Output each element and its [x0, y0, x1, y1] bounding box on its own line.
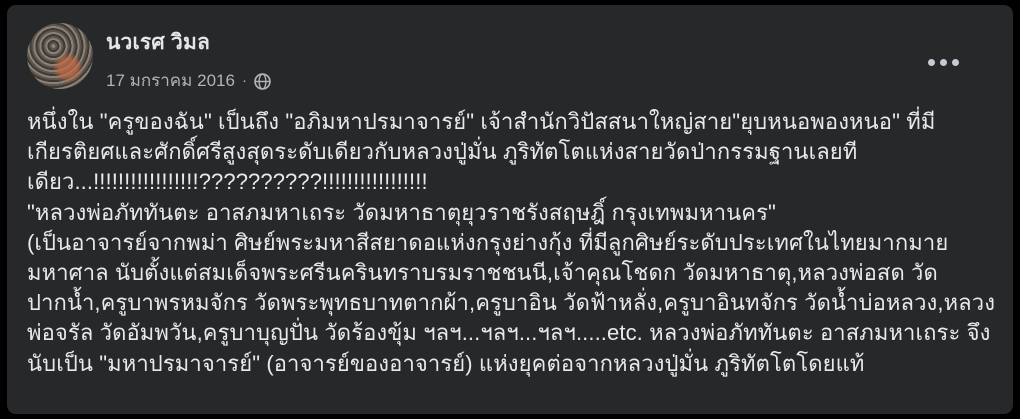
author-name[interactable]: นวเรศ วิมล	[106, 26, 271, 59]
ellipsis-icon	[952, 59, 959, 66]
post-text-line: เกียรติยศและศักดิ์ศรีสูงสุดระดับเดียวกับ…	[27, 137, 993, 167]
post-header-text: นวเรศ วิมล 17 มกราคม 2016 ·	[106, 20, 271, 94]
post-text-line: มหาศาล นับตั้งแต่สมเด็จพระศรีนครินทราบรม…	[27, 258, 993, 288]
post-text-line: เดียว...!!!!!!!!!!!!!!!!!??????????!!!!!…	[27, 167, 993, 197]
post-text-line: พ่อจรัล วัดอัมพวัน,ครูบาบุญปั่น วัดร้องข…	[27, 318, 993, 348]
post-text-line: ปากน้ำ,ครูบาพรหมจักร วัดพระพุทธบาทตากผ้า…	[27, 288, 993, 318]
post-meta: 17 มกราคม 2016 ·	[106, 67, 271, 94]
post-text-line: "หลวงพ่อภัททันตะ อาสภมหาเถระ วัดมหาธาตุย…	[27, 198, 993, 228]
post-text-line: หนึ่งใน "ครูของฉัน" เป็นถึง "อภิมหาปรมาจ…	[27, 107, 993, 137]
post-header: นวเรศ วิมล 17 มกราคม 2016 ·	[27, 20, 993, 102]
post-options-button[interactable]	[922, 53, 965, 72]
post-body-text: หนึ่งใน "ครูของฉัน" เป็นถึง "อภิมหาปรมาจ…	[27, 107, 993, 379]
ellipsis-icon	[940, 59, 947, 66]
meta-separator: ·	[242, 73, 247, 88]
facebook-post-card: นวเรศ วิมล 17 มกราคม 2016 · หนึ่งใน "ครู…	[7, 5, 1013, 414]
post-text-line: นับเป็น "มหาปรมาจารย์" (อาจารย์ของอาจารย…	[27, 349, 993, 379]
globe-icon	[254, 73, 271, 90]
post-timestamp[interactable]: 17 มกราคม 2016	[106, 67, 235, 94]
post-text-line: (เป็นอาจารย์จากพม่า ศิษย์พระมหาสีสยาดอแห…	[27, 228, 993, 258]
avatar[interactable]	[27, 23, 93, 89]
ellipsis-icon	[928, 59, 935, 66]
